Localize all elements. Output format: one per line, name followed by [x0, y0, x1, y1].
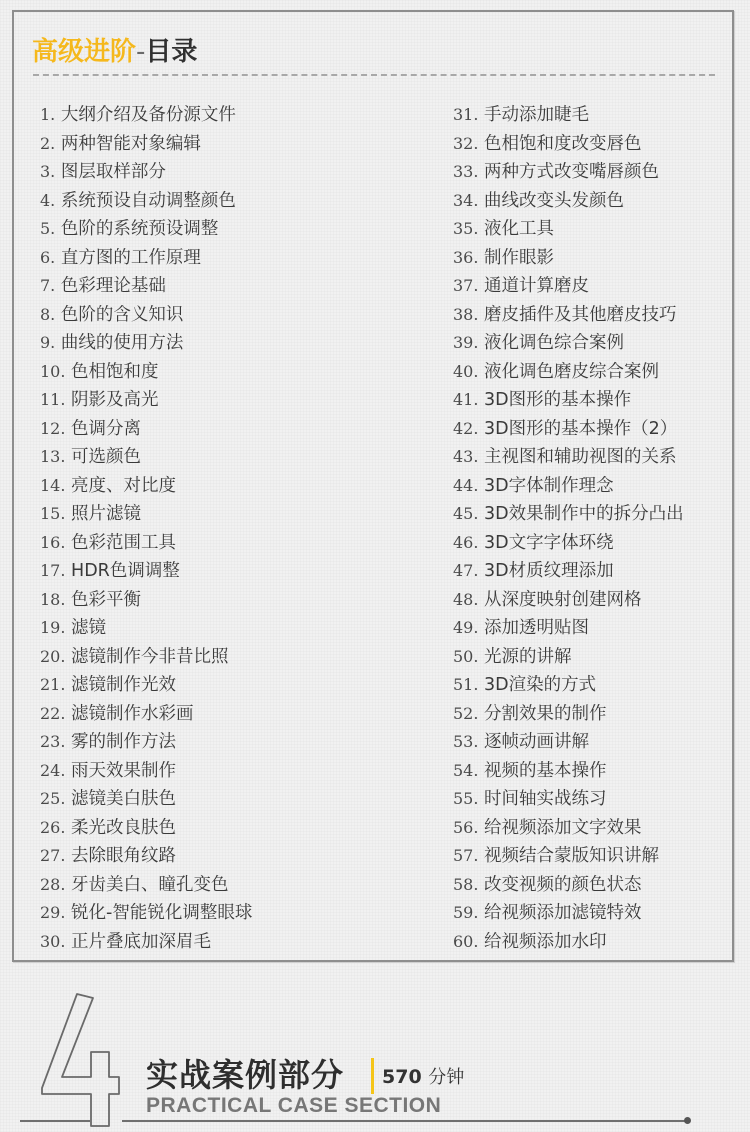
toc-item-label: 通道计算磨皮	[484, 276, 589, 296]
toc-item-number: 6.	[40, 248, 55, 267]
toc-item: 56. 给视频添加文字效果	[453, 814, 684, 843]
toc-item-label: 牙齿美白、瞳孔变色	[71, 875, 229, 895]
toc-item-number: 39.	[453, 333, 478, 352]
toc-item-label: 滤镜制作水彩画	[71, 704, 194, 724]
toc-item-label: 曲线的使用方法	[61, 333, 184, 353]
title-separator: -	[136, 37, 145, 67]
toc-item: 26. 柔光改良肤色	[40, 814, 252, 843]
toc-item: 1. 大纲介绍及备份源文件	[40, 101, 252, 130]
toc-item-number: 7.	[40, 276, 55, 295]
toc-item: 35. 液化工具	[453, 215, 684, 244]
toc-item-number: 45.	[453, 504, 478, 523]
toc-item-label: 正片叠底加深眉毛	[71, 932, 211, 952]
toc-item: 23. 雾的制作方法	[40, 728, 252, 757]
toc-item-number: 38.	[453, 305, 478, 324]
toc-item: 22. 滤镜制作水彩画	[40, 700, 252, 729]
dashed-divider	[33, 74, 715, 76]
toc-item-label: 色相饱和度	[71, 362, 159, 382]
toc-item-label: 时间轴实战练习	[484, 789, 607, 809]
toc-item-number: 20.	[40, 647, 65, 666]
section-footer: 实战案例部分 570 分钟 PRACTICAL CASE SECTION	[0, 985, 750, 1132]
title-main: 目录	[145, 37, 197, 67]
toc-item-number: 58.	[453, 875, 478, 894]
toc-item-number: 10.	[40, 362, 65, 381]
section-title: 实战案例部分	[146, 1055, 344, 1095]
toc-item-number: 26.	[40, 818, 65, 837]
toc-item-label: 曲线改变头发颜色	[484, 191, 624, 211]
toc-item-label: 3D文字字体环绕	[484, 533, 614, 553]
toc-item-number: 53.	[453, 732, 478, 751]
toc-item-number: 48.	[453, 590, 478, 609]
baseline-end-dot	[684, 1117, 691, 1124]
toc-item-number: 2.	[40, 134, 55, 153]
toc-item-label: 图层取样部分	[61, 162, 166, 182]
toc-item-label: 两种方式改变嘴唇颜色	[484, 162, 659, 182]
toc-item-number: 51.	[453, 675, 478, 694]
section-subtitle: PRACTICAL CASE SECTION	[146, 1093, 441, 1119]
toc-item: 39. 液化调色综合案例	[453, 329, 684, 358]
toc-item: 51. 3D渲染的方式	[453, 671, 684, 700]
toc-item-label: 系统预设自动调整颜色	[61, 191, 236, 211]
toc-item-label: 滤镜制作今非昔比照	[71, 647, 229, 667]
toc-item-label: 给视频添加文字效果	[484, 818, 642, 838]
toc-item: 50. 光源的讲解	[453, 643, 684, 672]
toc-item-label: 3D字体制作理念	[484, 476, 614, 496]
toc-item-number: 35.	[453, 219, 478, 238]
toc-item: 15. 照片滤镜	[40, 500, 252, 529]
toc-item-number: 8.	[40, 305, 55, 324]
toc-item: 36. 制作眼影	[453, 244, 684, 273]
toc-item-number: 60.	[453, 932, 478, 951]
toc-item: 25. 滤镜美白肤色	[40, 785, 252, 814]
toc-item-label: 手动添加睫毛	[484, 105, 589, 125]
toc-item-label: 3D效果制作中的拆分凸出	[484, 504, 684, 524]
toc-item: 43. 主视图和辅助视图的关系	[453, 443, 684, 472]
toc-item-label: 液化工具	[484, 219, 554, 239]
toc-item: 16. 色彩范围工具	[40, 529, 252, 558]
toc-item: 58. 改变视频的颜色状态	[453, 871, 684, 900]
toc-item-label: 色相饱和度改变唇色	[484, 134, 642, 154]
toc-item: 59. 给视频添加滤镜特效	[453, 899, 684, 928]
toc-item: 32. 色相饱和度改变唇色	[453, 130, 684, 159]
toc-item-number: 32.	[453, 134, 478, 153]
toc-item: 33. 两种方式改变嘴唇颜色	[453, 158, 684, 187]
toc-item-label: 制作眼影	[484, 248, 554, 268]
toc-item-label: 大纲介绍及备份源文件	[61, 105, 236, 125]
toc-item-label: 雾的制作方法	[71, 732, 176, 752]
toc-item: 57. 视频结合蒙版知识讲解	[453, 842, 684, 871]
toc-item-label: 3D材质纹理添加	[484, 561, 614, 581]
toc-item: 48. 从深度映射创建网格	[453, 586, 684, 615]
toc-item-label: 滤镜制作光效	[71, 675, 176, 695]
toc-item: 27. 去除眼角纹路	[40, 842, 252, 871]
toc-item: 31. 手动添加睫毛	[453, 101, 684, 130]
toc-item: 52. 分割效果的制作	[453, 700, 684, 729]
toc-item-number: 41.	[453, 390, 478, 409]
toc-item-label: 主视图和辅助视图的关系	[484, 447, 677, 467]
toc-item-number: 23.	[40, 732, 65, 751]
toc-item: 28. 牙齿美白、瞳孔变色	[40, 871, 252, 900]
toc-item: 20. 滤镜制作今非昔比照	[40, 643, 252, 672]
toc-item-number: 3.	[40, 162, 55, 181]
toc-item-number: 37.	[453, 276, 478, 295]
toc-item-label: HDR色调调整	[71, 561, 180, 581]
toc-item-label: 色阶的含义知识	[61, 305, 184, 325]
toc-item: 53. 逐帧动画讲解	[453, 728, 684, 757]
toc-item-number: 33.	[453, 162, 478, 181]
toc-item-label: 给视频添加滤镜特效	[484, 903, 642, 923]
toc-item: 6. 直方图的工作原理	[40, 244, 252, 273]
toc-item-label: 滤镜美白肤色	[71, 789, 176, 809]
toc-item: 30. 正片叠底加深眉毛	[40, 928, 252, 957]
toc-item: 34. 曲线改变头发颜色	[453, 187, 684, 216]
toc-item: 5. 色阶的系统预设调整	[40, 215, 252, 244]
toc-item: 60. 给视频添加水印	[453, 928, 684, 957]
toc-item-number: 16.	[40, 533, 65, 552]
duration-value: 570	[382, 1066, 422, 1088]
toc-item: 4. 系统预设自动调整颜色	[40, 187, 252, 216]
toc-item: 54. 视频的基本操作	[453, 757, 684, 786]
accent-bar	[371, 1058, 374, 1094]
toc-item-number: 55.	[453, 789, 478, 808]
toc-item: 9. 曲线的使用方法	[40, 329, 252, 358]
toc-item-number: 59.	[453, 903, 478, 922]
toc-item-label: 光源的讲解	[484, 647, 572, 667]
toc-item-label: 给视频添加水印	[484, 932, 607, 952]
title-accent: 高级进阶	[32, 37, 136, 67]
toc-item-number: 17.	[40, 561, 65, 580]
toc-item-number: 30.	[40, 932, 65, 951]
toc-item-number: 1.	[40, 105, 55, 124]
toc-item-number: 43.	[453, 447, 478, 466]
toc-item-number: 14.	[40, 476, 65, 495]
toc-item-label: 液化调色综合案例	[484, 333, 624, 353]
toc-item-number: 31.	[453, 105, 478, 124]
toc-item: 13. 可选颜色	[40, 443, 252, 472]
baseline-left	[20, 1120, 90, 1122]
toc-item: 44. 3D字体制作理念	[453, 472, 684, 501]
toc-item: 37. 通道计算磨皮	[453, 272, 684, 301]
toc-item-number: 29.	[40, 903, 65, 922]
toc-item-label: 亮度、对比度	[71, 476, 176, 496]
toc-item-label: 色调分离	[71, 419, 141, 439]
toc-item-number: 42.	[453, 419, 478, 438]
toc-item: 47. 3D材质纹理添加	[453, 557, 684, 586]
toc-item-label: 照片滤镜	[71, 504, 141, 524]
toc-item-label: 分割效果的制作	[484, 704, 607, 724]
toc-item-label: 3D图形的基本操作（2）	[484, 419, 677, 439]
toc-item-number: 56.	[453, 818, 478, 837]
toc-item-number: 11.	[40, 390, 65, 409]
toc-item-number: 12.	[40, 419, 65, 438]
toc-item-number: 57.	[453, 846, 478, 865]
toc-item-label: 可选颜色	[71, 447, 141, 467]
toc-item: 45. 3D效果制作中的拆分凸出	[453, 500, 684, 529]
toc-item: 3. 图层取样部分	[40, 158, 252, 187]
toc-item-number: 44.	[453, 476, 478, 495]
toc-item: 42. 3D图形的基本操作（2）	[453, 415, 684, 444]
toc-item-number: 13.	[40, 447, 65, 466]
toc-item-label: 两种智能对象编辑	[61, 134, 201, 154]
toc-item-label: 雨天效果制作	[71, 761, 176, 781]
toc-item: 14. 亮度、对比度	[40, 472, 252, 501]
toc-item: 41. 3D图形的基本操作	[453, 386, 684, 415]
toc-item-number: 21.	[40, 675, 65, 694]
toc-item: 12. 色调分离	[40, 415, 252, 444]
toc-item-label: 色彩理论基础	[61, 276, 166, 296]
toc-item-label: 磨皮插件及其他磨皮技巧	[484, 305, 677, 325]
toc-item-number: 40.	[453, 362, 478, 381]
toc-item-number: 49.	[453, 618, 478, 637]
toc-left-column: 1. 大纲介绍及备份源文件2. 两种智能对象编辑3. 图层取样部分4. 系统预设…	[40, 101, 252, 956]
toc-item: 11. 阴影及高光	[40, 386, 252, 415]
toc-item: 46. 3D文字字体环绕	[453, 529, 684, 558]
toc-item: 40. 液化调色磨皮综合案例	[453, 358, 684, 387]
toc-item-number: 46.	[453, 533, 478, 552]
toc-item-label: 视频结合蒙版知识讲解	[484, 846, 659, 866]
toc-item-number: 19.	[40, 618, 65, 637]
toc-item-number: 34.	[453, 191, 478, 210]
toc-item-label: 滤镜	[71, 618, 106, 638]
toc-item-label: 色彩平衡	[71, 590, 141, 610]
toc-item-number: 9.	[40, 333, 55, 352]
toc-item-number: 24.	[40, 761, 65, 780]
toc-item: 38. 磨皮插件及其他磨皮技巧	[453, 301, 684, 330]
toc-item-label: 直方图的工作原理	[61, 248, 201, 268]
toc-item: 2. 两种智能对象编辑	[40, 130, 252, 159]
toc-item-number: 4.	[40, 191, 55, 210]
toc-item-number: 54.	[453, 761, 478, 780]
toc-item: 19. 滤镜	[40, 614, 252, 643]
toc-item-number: 22.	[40, 704, 65, 723]
page-title: 高级进阶-目录	[32, 34, 197, 70]
toc-item: 21. 滤镜制作光效	[40, 671, 252, 700]
toc-item-number: 50.	[453, 647, 478, 666]
toc-item-label: 逐帧动画讲解	[484, 732, 589, 752]
section-number-four-outline-icon	[40, 993, 150, 1132]
toc-item: 18. 色彩平衡	[40, 586, 252, 615]
toc-item-label: 柔光改良肤色	[71, 818, 176, 838]
toc-item-label: 液化调色磨皮综合案例	[484, 362, 659, 382]
toc-item-label: 色彩范围工具	[71, 533, 176, 553]
toc-item: 17. HDR色调调整	[40, 557, 252, 586]
toc-item-number: 27.	[40, 846, 65, 865]
toc-item-number: 52.	[453, 704, 478, 723]
toc-item-label: 去除眼角纹路	[71, 846, 176, 866]
toc-item: 29. 锐化-智能锐化调整眼球	[40, 899, 252, 928]
toc-item: 7. 色彩理论基础	[40, 272, 252, 301]
toc-item: 24. 雨天效果制作	[40, 757, 252, 786]
toc-item-label: 改变视频的颜色状态	[484, 875, 642, 895]
baseline-right	[122, 1120, 688, 1122]
toc-item-label: 锐化-智能锐化调整眼球	[71, 903, 252, 923]
toc-item-number: 36.	[453, 248, 478, 267]
toc-item: 8. 色阶的含义知识	[40, 301, 252, 330]
toc-right-column: 31. 手动添加睫毛32. 色相饱和度改变唇色33. 两种方式改变嘴唇颜色34.…	[453, 101, 684, 956]
toc-item-number: 28.	[40, 875, 65, 894]
section-duration: 570 分钟	[382, 1064, 464, 1091]
toc-item-label: 从深度映射创建网格	[484, 590, 642, 610]
toc-item-label: 视频的基本操作	[484, 761, 607, 781]
duration-unit: 分钟	[428, 1067, 464, 1088]
toc-item: 49. 添加透明贴图	[453, 614, 684, 643]
toc-item-label: 添加透明贴图	[484, 618, 589, 638]
toc-item: 10. 色相饱和度	[40, 358, 252, 387]
toc-item: 55. 时间轴实战练习	[453, 785, 684, 814]
toc-item-label: 3D图形的基本操作	[484, 390, 631, 410]
toc-item-number: 5.	[40, 219, 55, 238]
toc-item-number: 47.	[453, 561, 478, 580]
toc-item-number: 18.	[40, 590, 65, 609]
toc-item-number: 25.	[40, 789, 65, 808]
toc-item-label: 色阶的系统预设调整	[61, 219, 219, 239]
toc-item-label: 3D渲染的方式	[484, 675, 596, 695]
toc-item-number: 15.	[40, 504, 65, 523]
toc-item-label: 阴影及高光	[71, 390, 159, 410]
